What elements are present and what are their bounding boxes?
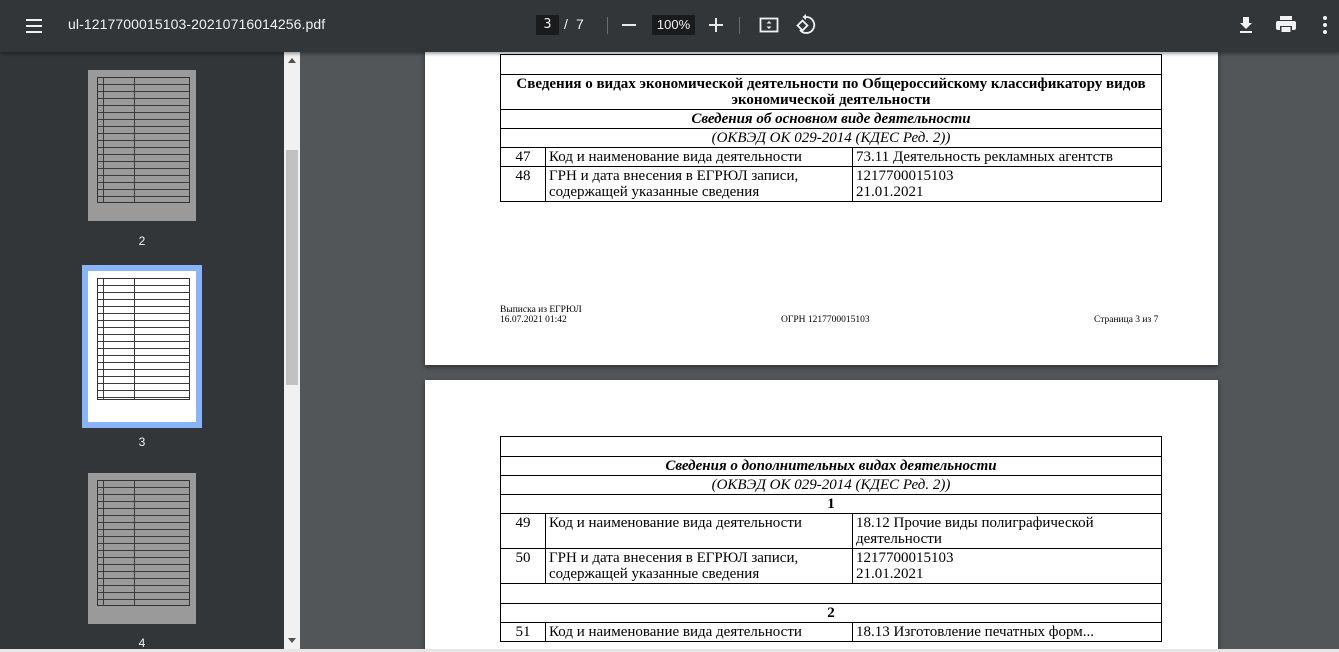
classifier-label: (ОКВЭД ОК 029-2014 (КДЕС Ред. 2)) [501,129,1162,148]
thumbnail-page-3[interactable] [88,271,196,422]
toolbar-divider [607,17,608,34]
subsection-title: Сведения о дополнительных видах деятельн… [501,457,1162,476]
section-title: Сведения о видах экономической деятельно… [501,75,1162,110]
table-row: 47 Код и наименование вида деятельности … [501,148,1162,167]
pdf-page-3: Сведения о видах экономической деятельно… [425,20,1218,365]
table-row: 49 Код и наименование вида деятельности … [501,514,1162,549]
scrollbar-thumb[interactable] [286,150,298,385]
fit-to-page-icon[interactable] [759,15,779,40]
rotate-counterclockwise-icon[interactable] [795,14,817,41]
more-vert-icon[interactable] [1322,15,1328,40]
page-footer-center: ОГРН 1217700015103 [781,315,870,325]
hamburger-menu-icon[interactable] [24,16,44,36]
page-number-input[interactable]: 3 [536,15,559,35]
thumbnail-label: 4 [0,636,284,650]
table-row: 51 Код и наименование вида деятельности … [501,623,1162,642]
subsection-title: Сведения об основном виде деятельности [501,110,1162,129]
page-footer-left: Выписка из ЕГРЮЛ 16.07.2021 01:42 [500,305,582,325]
file-name: ul-1217700015103-20210716014256.pdf [68,16,325,32]
page-footer-right: Страница 3 из 7 [1094,315,1158,325]
thumbnail-label: 3 [0,435,284,449]
thumbnail-sidebar: 2 3 4 [0,52,284,652]
print-icon[interactable] [1275,15,1297,40]
thumbnail-page-4[interactable] [88,473,196,624]
zoom-level-input[interactable]: 100% [652,15,695,35]
pdf-toolbar: ul-1217700015103-20210716014256.pdf 3 / … [0,0,1339,52]
group-index: 2 [501,604,1162,623]
page-total: 7 [576,16,584,32]
pdf-page-4: Сведения о дополнительных видах деятельн… [425,380,1218,652]
zoom-in-button[interactable] [709,18,723,32]
classifier-label: (ОКВЭД ОК 029-2014 (КДЕС Ред. 2)) [501,476,1162,495]
table-row: 50 ГРН и дата внесения в ЕГРЮЛ записи, с… [501,549,1162,584]
activity-table-additional: Сведения о дополнительных видах деятельн… [500,436,1162,642]
table-row: 48 ГРН и дата внесения в ЕГРЮЛ записи, с… [501,167,1162,202]
scroll-down-arrow-icon[interactable] [288,638,296,643]
toolbar-divider [739,17,740,34]
activity-table-main: Сведения о видах экономической деятельно… [500,54,1162,202]
scroll-up-arrow-icon[interactable] [288,58,296,63]
thumbnail-page-2[interactable] [88,70,196,221]
download-icon[interactable] [1236,15,1256,40]
page-separator: / [564,16,568,32]
thumbnail-label: 2 [0,234,284,248]
group-index: 1 [501,495,1162,514]
sidebar-scrollbar[interactable] [284,52,300,649]
zoom-out-button[interactable] [622,24,636,26]
